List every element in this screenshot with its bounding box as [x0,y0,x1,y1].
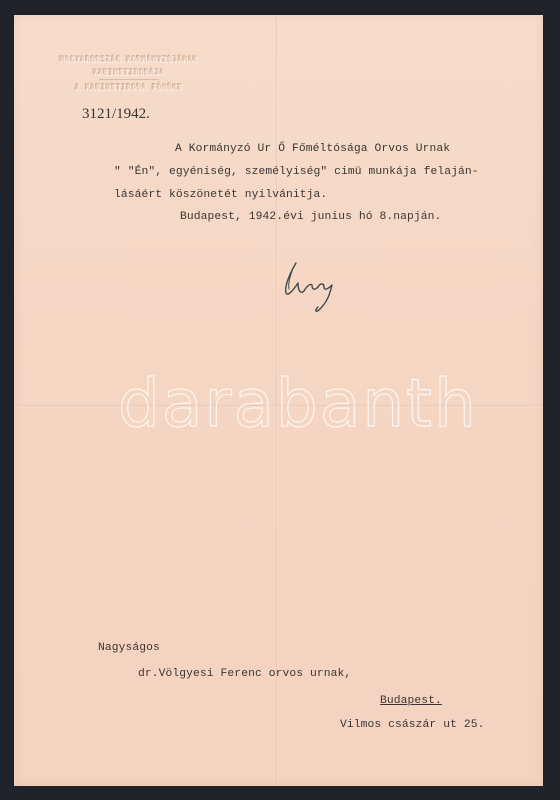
letterhead-line-2: KABINETIRODÁJA [36,66,222,79]
letterhead-rule [99,79,159,80]
date-line: Budapest, 1942.évi junius hó 8.napján. [180,211,441,223]
recipient-street: Vilmos császár ut 25. [340,719,484,731]
letterhead-line-3: A KABINETIRODA FŐNÖKE [36,81,222,94]
reference-number: 3121/1942. [82,106,150,123]
handwritten-signature [278,259,348,319]
body-line-3: lásáért köszönetét nyilvánitja. [114,189,327,201]
body-line-2: " "Én", egyéniség, személyiség" cimü mun… [114,166,479,178]
recipient-salutation: Nagyságos [98,642,160,654]
letterhead-line-1: MAGYARORSZÁG KORMÁNYZÓJÁNAK [36,53,222,66]
darabanth-watermark: darabanth [118,371,478,437]
recipient-name: dr.Völgyesi Ferenc orvos urnak, [138,668,351,680]
recipient-city: Budapest. [380,695,442,707]
document-page: MAGYARORSZÁG KORMÁNYZÓJÁNAK KABINETIRODÁ… [14,15,543,786]
body-line-1: A Kormányzó Ur Ő Főméltósága Orvos Urnak [175,143,450,155]
embossed-letterhead: MAGYARORSZÁG KORMÁNYZÓJÁNAK KABINETIRODÁ… [36,53,222,94]
